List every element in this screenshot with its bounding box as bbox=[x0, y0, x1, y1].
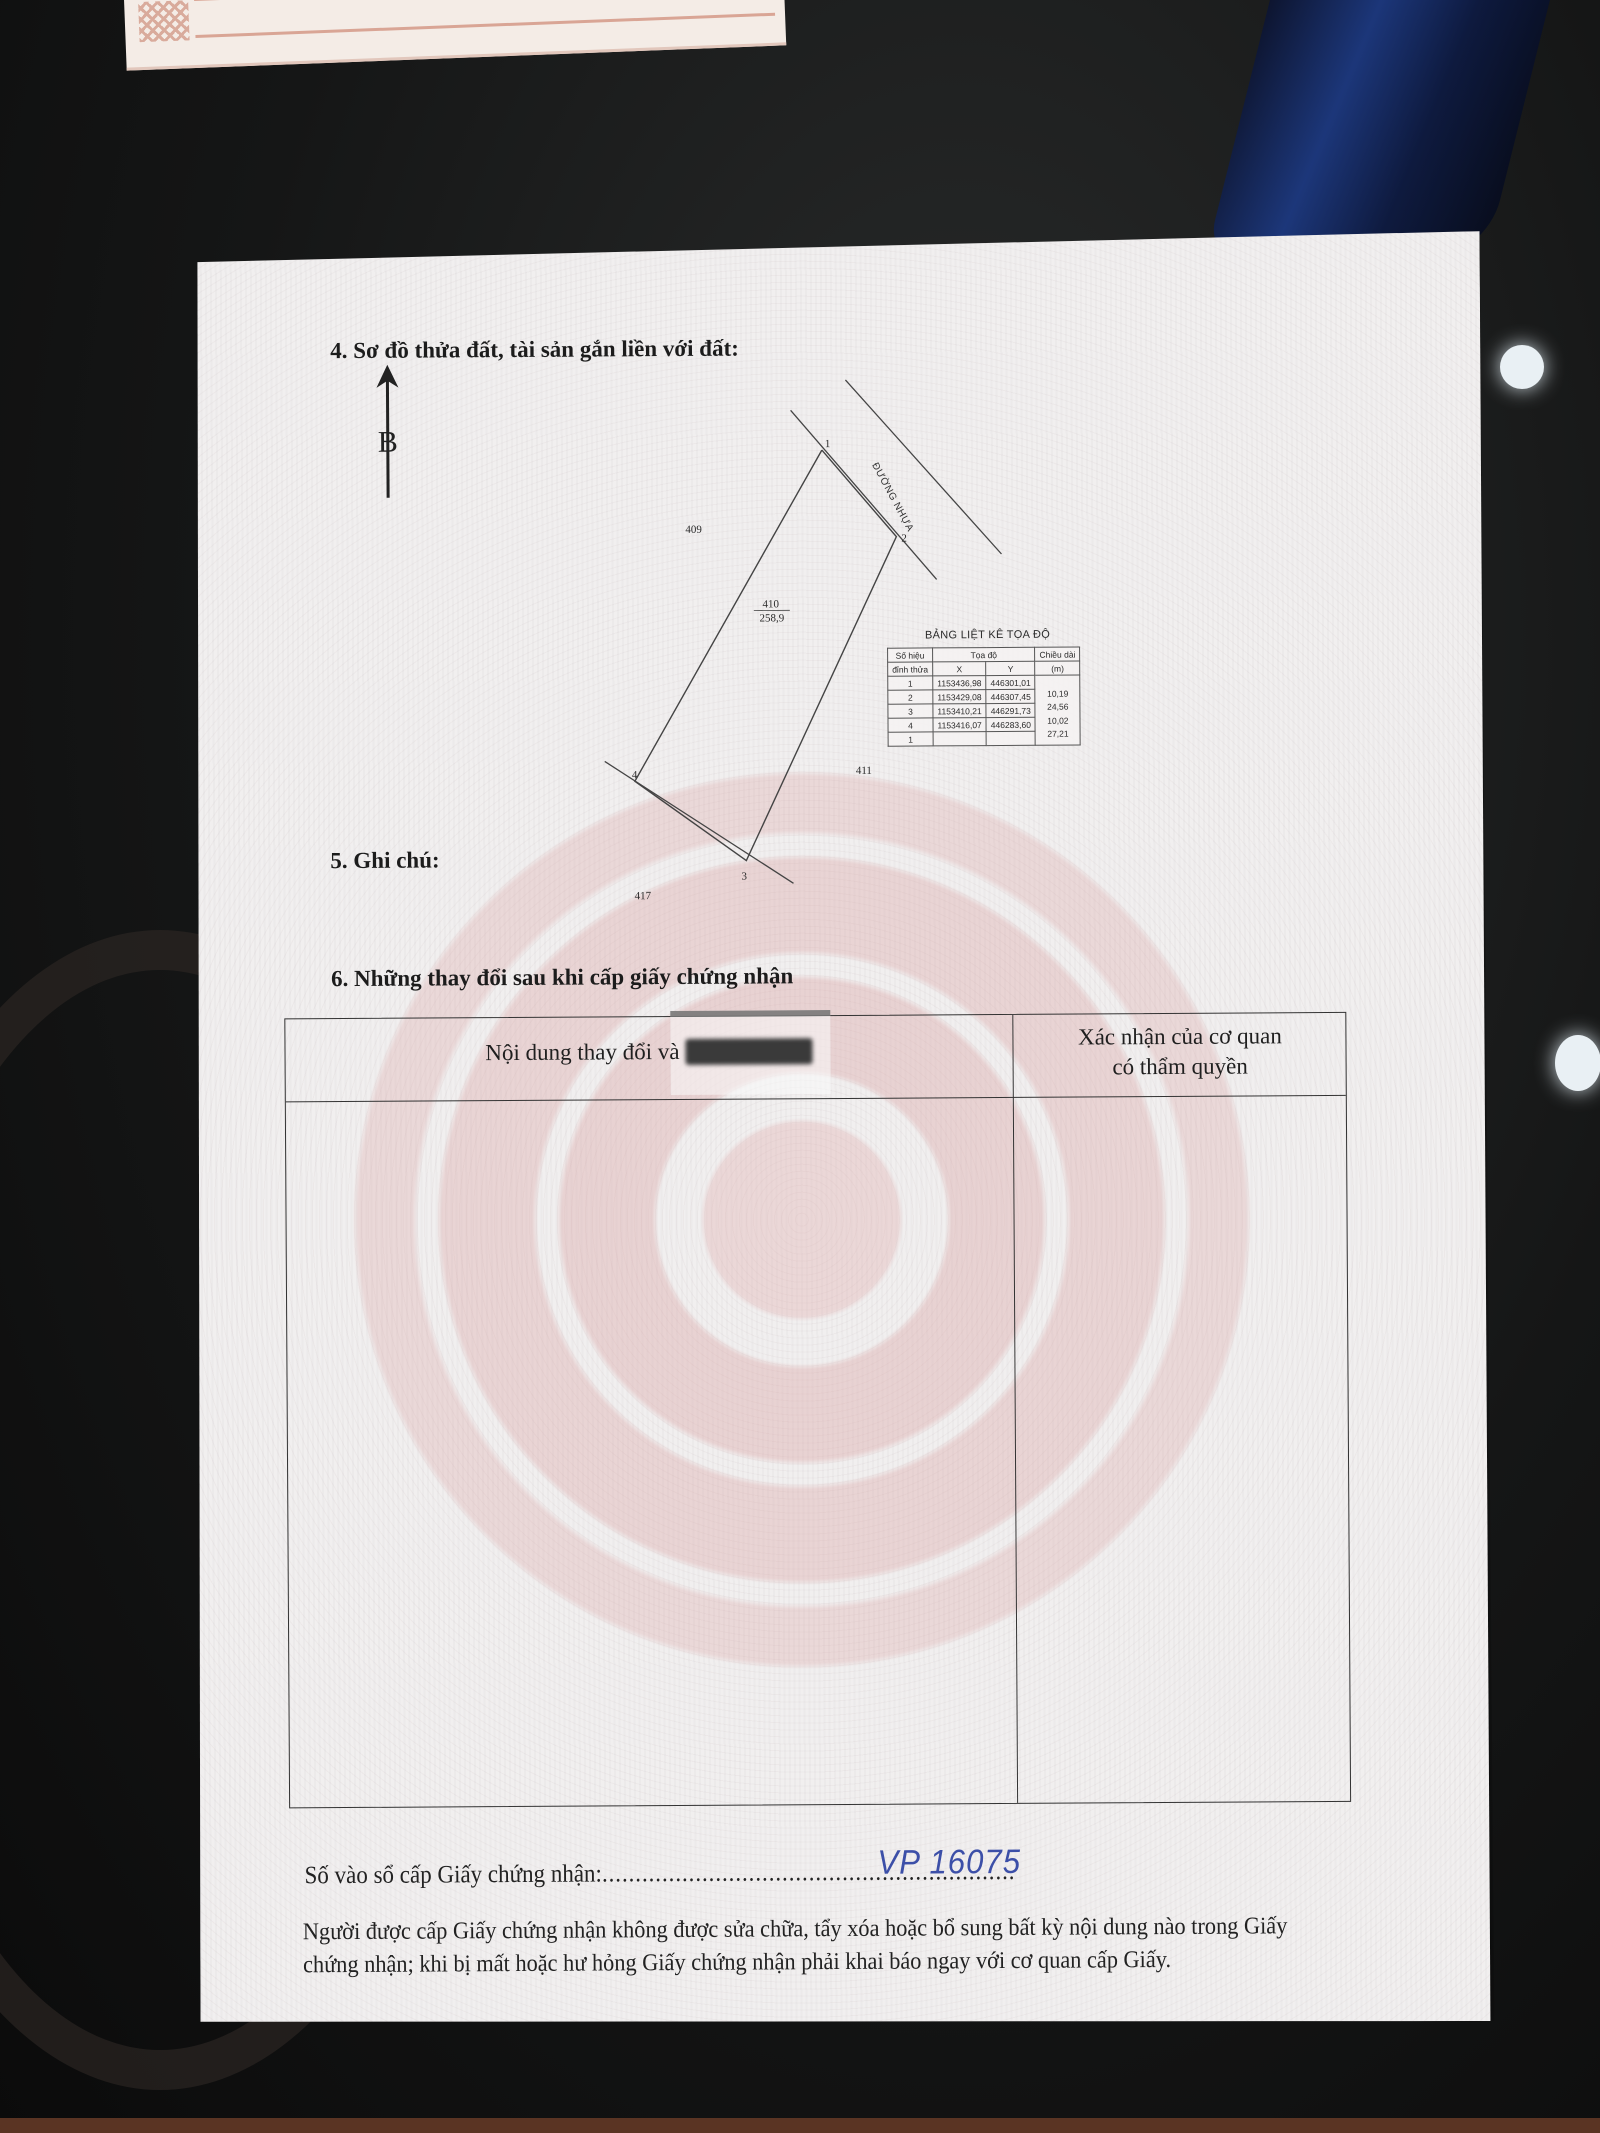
svg-text:410: 410 bbox=[763, 598, 780, 610]
section-5-title: 5. Ghi chú: bbox=[330, 847, 439, 874]
svg-text:411: 411 bbox=[856, 765, 872, 777]
header-authority-confirmation: Xác nhận của cơ quan có thẩm quyền bbox=[1014, 1021, 1345, 1083]
coordinate-table-title: BẢNG LIỆT KÊ TỌA ĐỘ bbox=[925, 629, 1050, 642]
background-blue-bottle bbox=[1205, 0, 1555, 260]
table-row: 1 1153436,98 446301,01 10,19 24,56 10,02… bbox=[888, 675, 1080, 690]
svg-text:4: 4 bbox=[632, 769, 638, 781]
header-coords: Tọa độ bbox=[933, 647, 1036, 662]
header-vertex: Số hiệu bbox=[888, 648, 933, 662]
header-change-content: Nội dung thay đổi và cơ sở pháp lý bbox=[285, 1037, 1012, 1067]
header-x: X bbox=[933, 662, 986, 676]
svg-text:B: B bbox=[378, 426, 398, 459]
svg-text:3: 3 bbox=[741, 871, 747, 883]
svg-text:2: 2 bbox=[901, 533, 907, 545]
registration-label: Số vào sổ cấp Giấy chứng nhận: bbox=[304, 1860, 602, 1889]
background-light-reflection bbox=[1500, 345, 1544, 389]
registration-number-line: Số vào sổ cấp Giấy chứng nhận:..........… bbox=[304, 1849, 1085, 1893]
header-y: Y bbox=[986, 661, 1035, 675]
svg-text:417: 417 bbox=[635, 890, 652, 902]
land-certificate-page: 4. Sơ đồ thửa đất, tài sản gắn liền với … bbox=[190, 231, 1491, 2029]
column-divider bbox=[1012, 1015, 1018, 1803]
parcel-boundary bbox=[633, 450, 898, 862]
north-arrow-icon: B bbox=[376, 365, 399, 498]
redacted-text: cơ sở pháp lý bbox=[685, 1038, 813, 1065]
header-vertex-2: đỉnh thửa bbox=[888, 662, 933, 676]
header-length-unit: (m) bbox=[1035, 661, 1080, 675]
coordinate-table: Số hiệu Tọa độ Chiều dài đỉnh thửa X Y (… bbox=[887, 647, 1081, 747]
background-table-edge bbox=[0, 2118, 1600, 2133]
header-length: Chiều dài bbox=[1035, 647, 1080, 661]
section-6-title: 6. Những thay đổi sau khi cấp giấy chứng… bbox=[331, 963, 793, 992]
parcel-map: B 1 2 3 4 ĐƯỜNG NHỰA 409 411 417 410 258… bbox=[190, 231, 1484, 919]
background-certificate-edge bbox=[124, 0, 787, 71]
svg-text:1: 1 bbox=[825, 438, 831, 450]
svg-text:409: 409 bbox=[685, 524, 702, 536]
header-divider bbox=[286, 1095, 1346, 1102]
registration-number-handwritten: VP 16075 bbox=[877, 1843, 1021, 1882]
changes-table: Nội dung thay đổi và cơ sở pháp lý Xác n… bbox=[284, 1012, 1351, 1808]
road-edge-line bbox=[791, 409, 937, 580]
svg-text:ĐƯỜNG NHỰA: ĐƯỜNG NHỰA bbox=[869, 460, 917, 534]
svg-text:258,9: 258,9 bbox=[759, 612, 784, 624]
legal-notice: Người được cấp Giấy chứng nhận không đượ… bbox=[303, 1910, 1336, 1982]
background-light-reflection bbox=[1555, 1035, 1600, 1091]
length-values: 10,19 24,56 10,02 27,21 bbox=[1035, 675, 1080, 745]
road-edge-line bbox=[845, 379, 1001, 555]
